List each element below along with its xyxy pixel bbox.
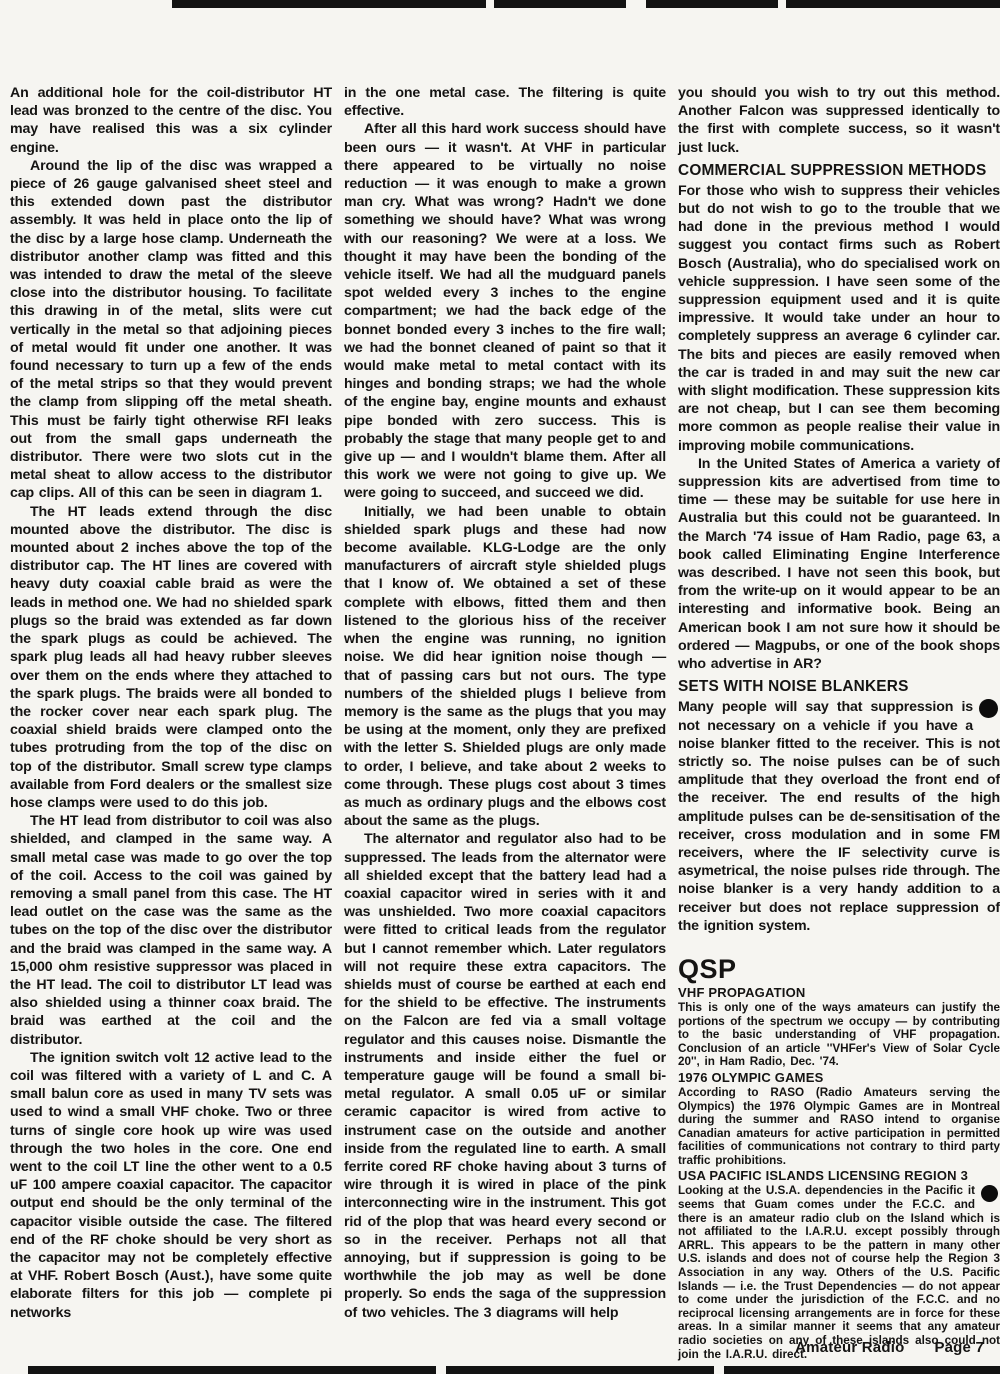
page-edge-artifact-bottom	[28, 1366, 436, 1374]
end-of-article-dot	[979, 699, 998, 718]
text-segment: Looking at the U.S.A. dependencies in th…	[678, 1184, 1000, 1360]
paragraph: The alternator and regulator also had to…	[344, 830, 666, 1321]
section-heading-commercial-suppression: COMMERCIAL SUPPRESSION METHODS	[678, 162, 1000, 180]
qsp-item-body: Looking at the U.S.A. dependencies in th…	[678, 1184, 1000, 1361]
page-edge-artifact-bottom	[446, 1366, 714, 1374]
paragraph: The HT lead from distributor to coil was…	[10, 812, 332, 1049]
paragraph: The ignition switch volt 12 active lead …	[10, 1049, 332, 1322]
qsp-section: QSP VHF PROPAGATION This is only one of …	[678, 955, 1000, 1361]
page-edge-artifact-top	[172, 0, 486, 8]
text-segment: The ignition switch volt 12 active lead …	[10, 1050, 332, 1284]
qsp-item-heading-vhf-propagation: VHF PROPAGATION	[678, 986, 1000, 1000]
page-footer: Amateur Radio Page 7	[795, 1339, 984, 1356]
paragraph: you should you wish to try out this meth…	[678, 84, 1000, 157]
qsp-section-title: QSP	[678, 955, 1000, 983]
page-edge-artifact-bottom	[724, 1366, 1000, 1374]
paragraph: An additional hole for the coil-distribu…	[10, 84, 332, 157]
paragraph: Initially, we had been unable to obtain …	[344, 503, 666, 831]
end-of-article-dot	[981, 1185, 998, 1202]
paragraph: in the one metal case. The filtering is …	[344, 84, 666, 120]
magazine-page: An additional hole for the coil-distribu…	[0, 0, 1000, 1374]
paragraph: Around the lip of the disc was wrapped a…	[10, 157, 332, 503]
text-segment: are the only manufacturers of aircraft s…	[344, 540, 666, 829]
text-segment: For those who wish to suppress their veh…	[678, 183, 1000, 254]
paragraph: The HT leads extend through the disc mou…	[10, 503, 332, 812]
footer-magazine-name: Amateur Radio	[795, 1339, 904, 1356]
paragraph: For those who wish to suppress their veh…	[678, 182, 1000, 455]
column-left: An additional hole for the coil-distribu…	[10, 84, 332, 1361]
paragraph: After all this hard work success should …	[344, 120, 666, 502]
page-edge-artifact-top	[494, 0, 626, 8]
qsp-item-heading-olympic-games: 1976 OLYMPIC GAMES	[678, 1071, 1000, 1085]
article-columns: An additional hole for the coil-distribu…	[10, 84, 1000, 1361]
paragraph: Many people will say that suppression is…	[678, 698, 1000, 935]
paragraph: In the United States of America a variet…	[678, 455, 1000, 673]
qsp-item-body: This is only one of the ways amateurs ca…	[678, 1001, 1000, 1069]
column-middle: in the one metal case. The filtering is …	[344, 84, 666, 1361]
column-right: you should you wish to try out this meth…	[678, 84, 1000, 1361]
page-edge-artifact-top	[786, 0, 1000, 8]
qsp-item-heading-usa-pacific-islands: USA PACIFIC ISLANDS LICENSING REGION 3	[678, 1169, 1000, 1183]
company-name-emphasis: Robert Bosch (Aust.),	[64, 1268, 214, 1284]
text-segment: Many people will say that suppression is…	[678, 699, 1000, 933]
magazine-title-emphasis: Ham Radio,	[840, 529, 921, 545]
section-heading-noise-blankers: SETS WITH NOISE BLANKERS	[678, 678, 1000, 696]
qsp-item-body: According to RASO (Radio Amateurs servin…	[678, 1086, 1000, 1168]
brand-name-emphasis: KLG-Lodge	[483, 540, 560, 556]
book-title-emphasis: Eliminating Engine Interference	[773, 547, 1000, 563]
page-edge-artifact-top	[646, 0, 778, 8]
text-segment: who do specialised work on vehicle suppr…	[678, 256, 1000, 454]
footer-page-number: Page 7	[934, 1339, 984, 1356]
text-segment: was described. I have not seen this book…	[678, 565, 1000, 672]
